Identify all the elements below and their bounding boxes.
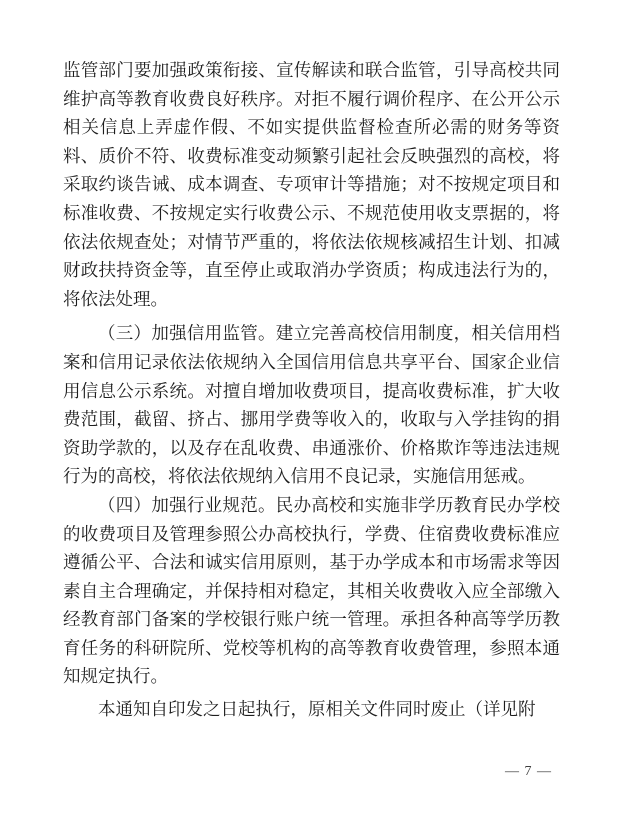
text-line: 本通知自印发之日起执行，原相关文件同时废止（详见附 bbox=[63, 695, 560, 724]
text-line: 依法依规查处；对情节严重的，将依法依规核减招生计划、扣减 bbox=[63, 228, 560, 257]
text-line: 标准收费、不按规定实行收费公示、不规范使用收支票据的，将 bbox=[63, 199, 560, 228]
text-line: 资助学款的，以及存在乱收费、串通涨价、价格欺诈等违法违规 bbox=[63, 434, 560, 463]
text-line: 料、质价不符、收费标准变动频繁引起社会反映强烈的高校，将 bbox=[63, 142, 560, 171]
text-line: 经教育部门备案的学校银行账户统一管理。承担各种高等学历教 bbox=[63, 605, 560, 634]
paragraph: 本通知自印发之日起执行，原相关文件同时废止（详见附 bbox=[63, 695, 560, 724]
document-page: 监管部门要加强政策衔接、宣传解读和联合监管，引导高校共同维护高等教育收费良好秩序… bbox=[0, 0, 624, 837]
text-line: 素自主合理确定，并保持相对稳定，其相关收费收入应全部缴入 bbox=[63, 577, 560, 606]
text-line: （四）加强行业规范。民办高校和实施非学历教育民办学校 bbox=[63, 491, 560, 520]
text-line: 用信息公示系统。对擅自增加收费项目，提高收费标准，扩大收 bbox=[63, 377, 560, 406]
text-line: 财政扶持资金等，直至停止或取消办学资质；构成违法行为的， bbox=[63, 256, 560, 285]
paragraph: （三）加强信用监管。建立完善高校信用制度，相关信用档案和信用记录依法依规纳入全国… bbox=[63, 319, 560, 491]
text-line: 行为的高校，将依法依规纳入信用不良记录，实施信用惩戒。 bbox=[63, 462, 560, 491]
text-line: 育任务的科研院所、党校等机构的高等教育收费管理，参照本通 bbox=[63, 634, 560, 663]
text-line: 案和信用记录依法依规纳入全国信用信息共享平台、国家企业信 bbox=[63, 348, 560, 377]
text-line: 维护高等教育收费良好秩序。对拒不履行调价程序、在公开公示 bbox=[63, 85, 560, 114]
text-line: 将依法处理。 bbox=[63, 285, 560, 314]
text-line: 监管部门要加强政策衔接、宣传解读和联合监管，引导高校共同 bbox=[63, 56, 560, 85]
text-line: 的收费项目及管理参照公办高校执行，学费、住宿费收费标准应 bbox=[63, 520, 560, 549]
text-line: （三）加强信用监管。建立完善高校信用制度，相关信用档 bbox=[63, 319, 560, 348]
paragraph: （四）加强行业规范。民办高校和实施非学历教育民办学校的收费项目及管理参照公办高校… bbox=[63, 491, 560, 691]
paragraph: 监管部门要加强政策衔接、宣传解读和联合监管，引导高校共同维护高等教育收费良好秩序… bbox=[63, 56, 560, 313]
text-line: 费范围，截留、挤占、挪用学费等收入的，收取与入学挂钩的捐 bbox=[63, 405, 560, 434]
document-body: 监管部门要加强政策衔接、宣传解读和联合监管，引导高校共同维护高等教育收费良好秩序… bbox=[63, 56, 560, 724]
text-line: 相关信息上弄虚作假、不如实提供监督检查所必需的财务等资 bbox=[63, 113, 560, 142]
text-line: 遵循公平、合法和诚实信用原则，基于办学成本和市场需求等因 bbox=[63, 548, 560, 577]
text-line: 知规定执行。 bbox=[63, 662, 560, 691]
text-line: 采取约谈告诫、成本调查、专项审计等措施；对不按规定项目和 bbox=[63, 170, 560, 199]
page-number: — 7 — bbox=[505, 764, 552, 780]
